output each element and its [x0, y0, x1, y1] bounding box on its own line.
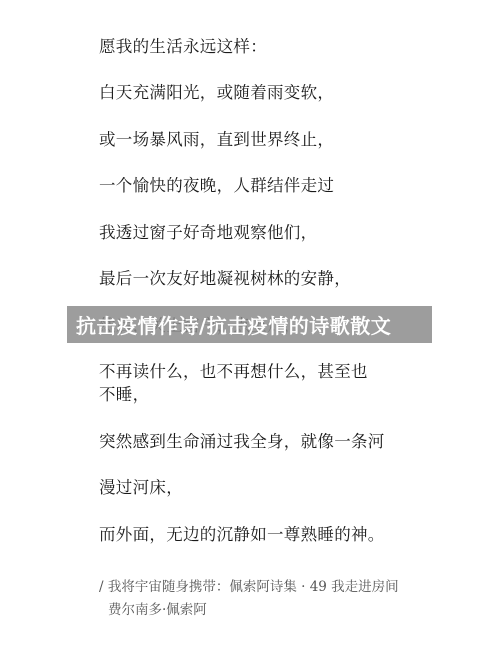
poem-line: 不再读什么，也不再想什么，甚至也 [99, 361, 368, 383]
poem-line: 白天充满阳光，或随着雨变软， [99, 82, 334, 104]
poem-line: 我透过窗子好奇地观察他们， [99, 222, 317, 244]
poem-line: 愿我的生活永远这样： [99, 36, 267, 58]
poem-line: 或一场暴风雨，直到世界终止， [99, 129, 334, 151]
poem-line: 而外面，无边的沉静如一尊熟睡的神。 [99, 524, 385, 546]
poem-line: 漫过河床， [99, 477, 183, 499]
poem-line: 不睡， [99, 384, 149, 406]
source-citation: / 我将宇宙随身携带：佩索阿诗集 · 49 我走进房间 [99, 576, 399, 598]
poem-line: 突然感到生命涌过我全身，就像一条河 [99, 431, 385, 453]
poem-line: 一个愉快的夜晚，人群结伴走过 [99, 175, 334, 197]
source-author: 费尔南多·佩索阿 [108, 599, 207, 621]
poem-line: 最后一次友好地凝视树林的安静， [99, 268, 351, 290]
title-banner: 抗击疫情作诗/抗击疫情的诗歌散文 [67, 306, 432, 343]
banner-title: 抗击疫情作诗/抗击疫情的诗歌散文 [76, 310, 391, 339]
